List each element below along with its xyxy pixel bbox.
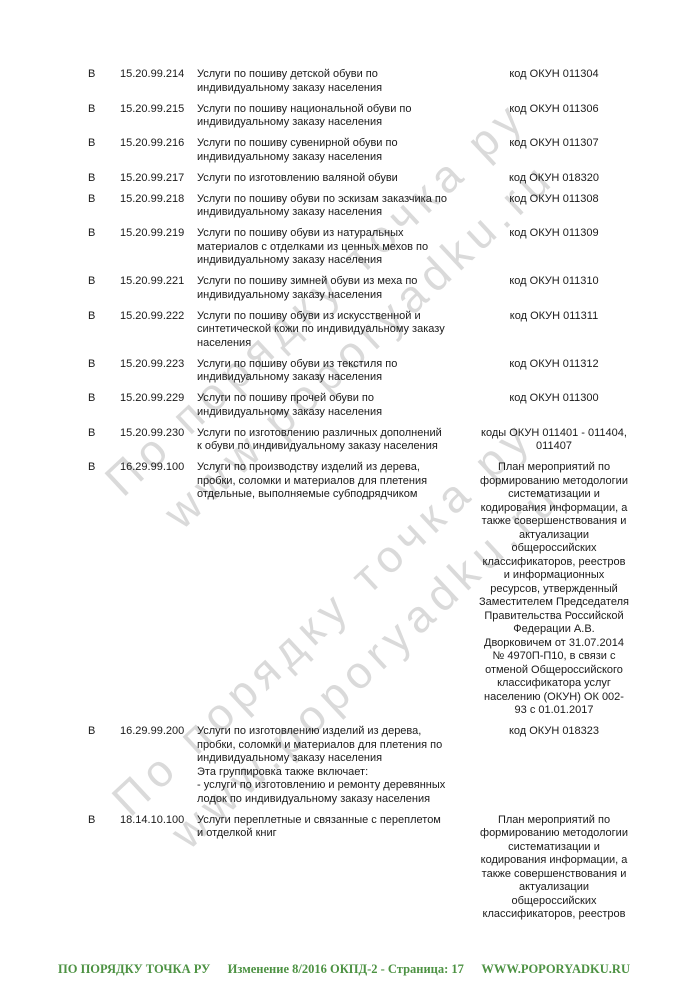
- row-note: План мероприятий по формированию методол…: [460, 461, 648, 718]
- row-code: 15.20.99.216: [120, 137, 197, 151]
- row-description: Услуги по пошиву обуви по эскизам заказч…: [197, 193, 460, 220]
- row-note: код ОКУН 011309: [460, 227, 648, 241]
- row-marker: В: [88, 358, 120, 372]
- row-description: Услуги по пошиву обуви из текстиля по ин…: [197, 358, 460, 385]
- classification-table: В 15.20.99.214 Услуги по пошиву детской …: [0, 68, 700, 929]
- row-note: План мероприятий по формированию методол…: [460, 814, 648, 922]
- row-marker: В: [88, 172, 120, 186]
- row-description: Услуги переплетные и связанные с перепле…: [197, 814, 460, 841]
- row-marker: В: [88, 427, 120, 441]
- table-row: В 15.20.99.221 Услуги по пошиву зимней о…: [0, 275, 700, 302]
- row-code: 15.20.99.221: [120, 275, 197, 289]
- row-note: коды ОКУН 011401 - 011404, 011407: [460, 427, 648, 454]
- row-marker: В: [88, 392, 120, 406]
- row-note: код ОКУН 011304: [460, 68, 648, 82]
- row-code: 15.20.99.214: [120, 68, 197, 82]
- table-row: В 16.29.99.100 Услуги по производству из…: [0, 461, 700, 718]
- row-marker: В: [88, 310, 120, 324]
- row-code: 15.20.99.223: [120, 358, 197, 372]
- table-row: В 15.20.99.230 Услуги по изготовлению ра…: [0, 427, 700, 454]
- row-code: 18.14.10.100: [120, 814, 197, 828]
- table-row: В 15.20.99.222 Услуги по пошиву обуви из…: [0, 310, 700, 351]
- row-note: код ОКУН 011310: [460, 275, 648, 289]
- row-code: 15.20.99.230: [120, 427, 197, 441]
- row-note: код ОКУН 011308: [460, 193, 648, 207]
- row-marker: В: [88, 227, 120, 241]
- table-row: В 15.20.99.219 Услуги по пошиву обуви из…: [0, 227, 700, 268]
- row-marker: В: [88, 461, 120, 475]
- row-marker: В: [88, 68, 120, 82]
- document-page: По порядку точка ру www.poporyadku.ru По…: [0, 0, 700, 990]
- table-row: В 18.14.10.100 Услуги переплетные и связ…: [0, 814, 700, 922]
- table-row: В 15.20.99.218 Услуги по пошиву обуви по…: [0, 193, 700, 220]
- footer-page-info: Изменение 8/2016 ОКПД-2 - Страница: 17: [228, 962, 464, 976]
- row-marker: В: [88, 275, 120, 289]
- row-description: Услуги по пошиву национальной обуви по и…: [197, 103, 460, 130]
- row-description: Услуги по пошиву зимней обуви из меха по…: [197, 275, 460, 302]
- row-note: код ОКУН 018323: [460, 725, 648, 739]
- table-row: В 16.29.99.200 Услуги по изготовлению из…: [0, 725, 700, 806]
- row-code: 15.20.99.229: [120, 392, 197, 406]
- row-marker: В: [88, 137, 120, 151]
- row-description: Услуги по пошиву сувенирной обуви по инд…: [197, 137, 460, 164]
- row-note: код ОКУН 011307: [460, 137, 648, 151]
- row-code: 16.29.99.100: [120, 461, 197, 475]
- row-description: Услуги по изготовлению валяной обуви: [197, 172, 460, 186]
- footer-site-name: ПО ПОРЯДКУ ТОЧКА РУ: [58, 962, 210, 976]
- row-note: код ОКУН 011311: [460, 310, 648, 324]
- row-marker: В: [88, 814, 120, 828]
- row-code: 15.20.99.217: [120, 172, 197, 186]
- row-code: 15.20.99.218: [120, 193, 197, 207]
- row-code: 15.20.99.222: [120, 310, 197, 324]
- table-row: В 15.20.99.214 Услуги по пошиву детской …: [0, 68, 700, 95]
- table-row: В 15.20.99.229 Услуги по пошиву прочей о…: [0, 392, 700, 419]
- table-row: В 15.20.99.223 Услуги по пошиву обуви из…: [0, 358, 700, 385]
- row-note: код ОКУН 011306: [460, 103, 648, 117]
- row-description: Услуги по изготовлению изделий из дерева…: [197, 725, 460, 806]
- row-note: код ОКУН 018320: [460, 172, 648, 186]
- table-row: В 15.20.99.217 Услуги по изготовлению ва…: [0, 172, 700, 186]
- page-footer: ПО ПОРЯДКУ ТОЧКА РУ Изменение 8/2016 ОКП…: [58, 962, 630, 976]
- row-marker: В: [88, 725, 120, 739]
- row-marker: В: [88, 103, 120, 117]
- row-code: 15.20.99.219: [120, 227, 197, 241]
- row-description: Услуги по производству изделий из дерева…: [197, 461, 460, 502]
- row-description: Услуги по пошиву обуви из искусственной …: [197, 310, 460, 351]
- table-row: В 15.20.99.216 Услуги по пошиву сувенирн…: [0, 137, 700, 164]
- row-description: Услуги по пошиву детской обуви по индиви…: [197, 68, 460, 95]
- row-note: код ОКУН 011312: [460, 358, 648, 372]
- row-description: Услуги по пошиву прочей обуви по индивид…: [197, 392, 460, 419]
- footer-site-url: WWW.POPORYADKU.RU: [481, 962, 630, 976]
- row-note: код ОКУН 011300: [460, 392, 648, 406]
- table-row: В 15.20.99.215 Услуги по пошиву национал…: [0, 103, 700, 130]
- row-description: Услуги по пошиву обуви из натуральных ма…: [197, 227, 460, 268]
- row-marker: В: [88, 193, 120, 207]
- row-description: Услуги по изготовлению различных дополне…: [197, 427, 460, 454]
- row-code: 16.29.99.200: [120, 725, 197, 739]
- row-code: 15.20.99.215: [120, 103, 197, 117]
